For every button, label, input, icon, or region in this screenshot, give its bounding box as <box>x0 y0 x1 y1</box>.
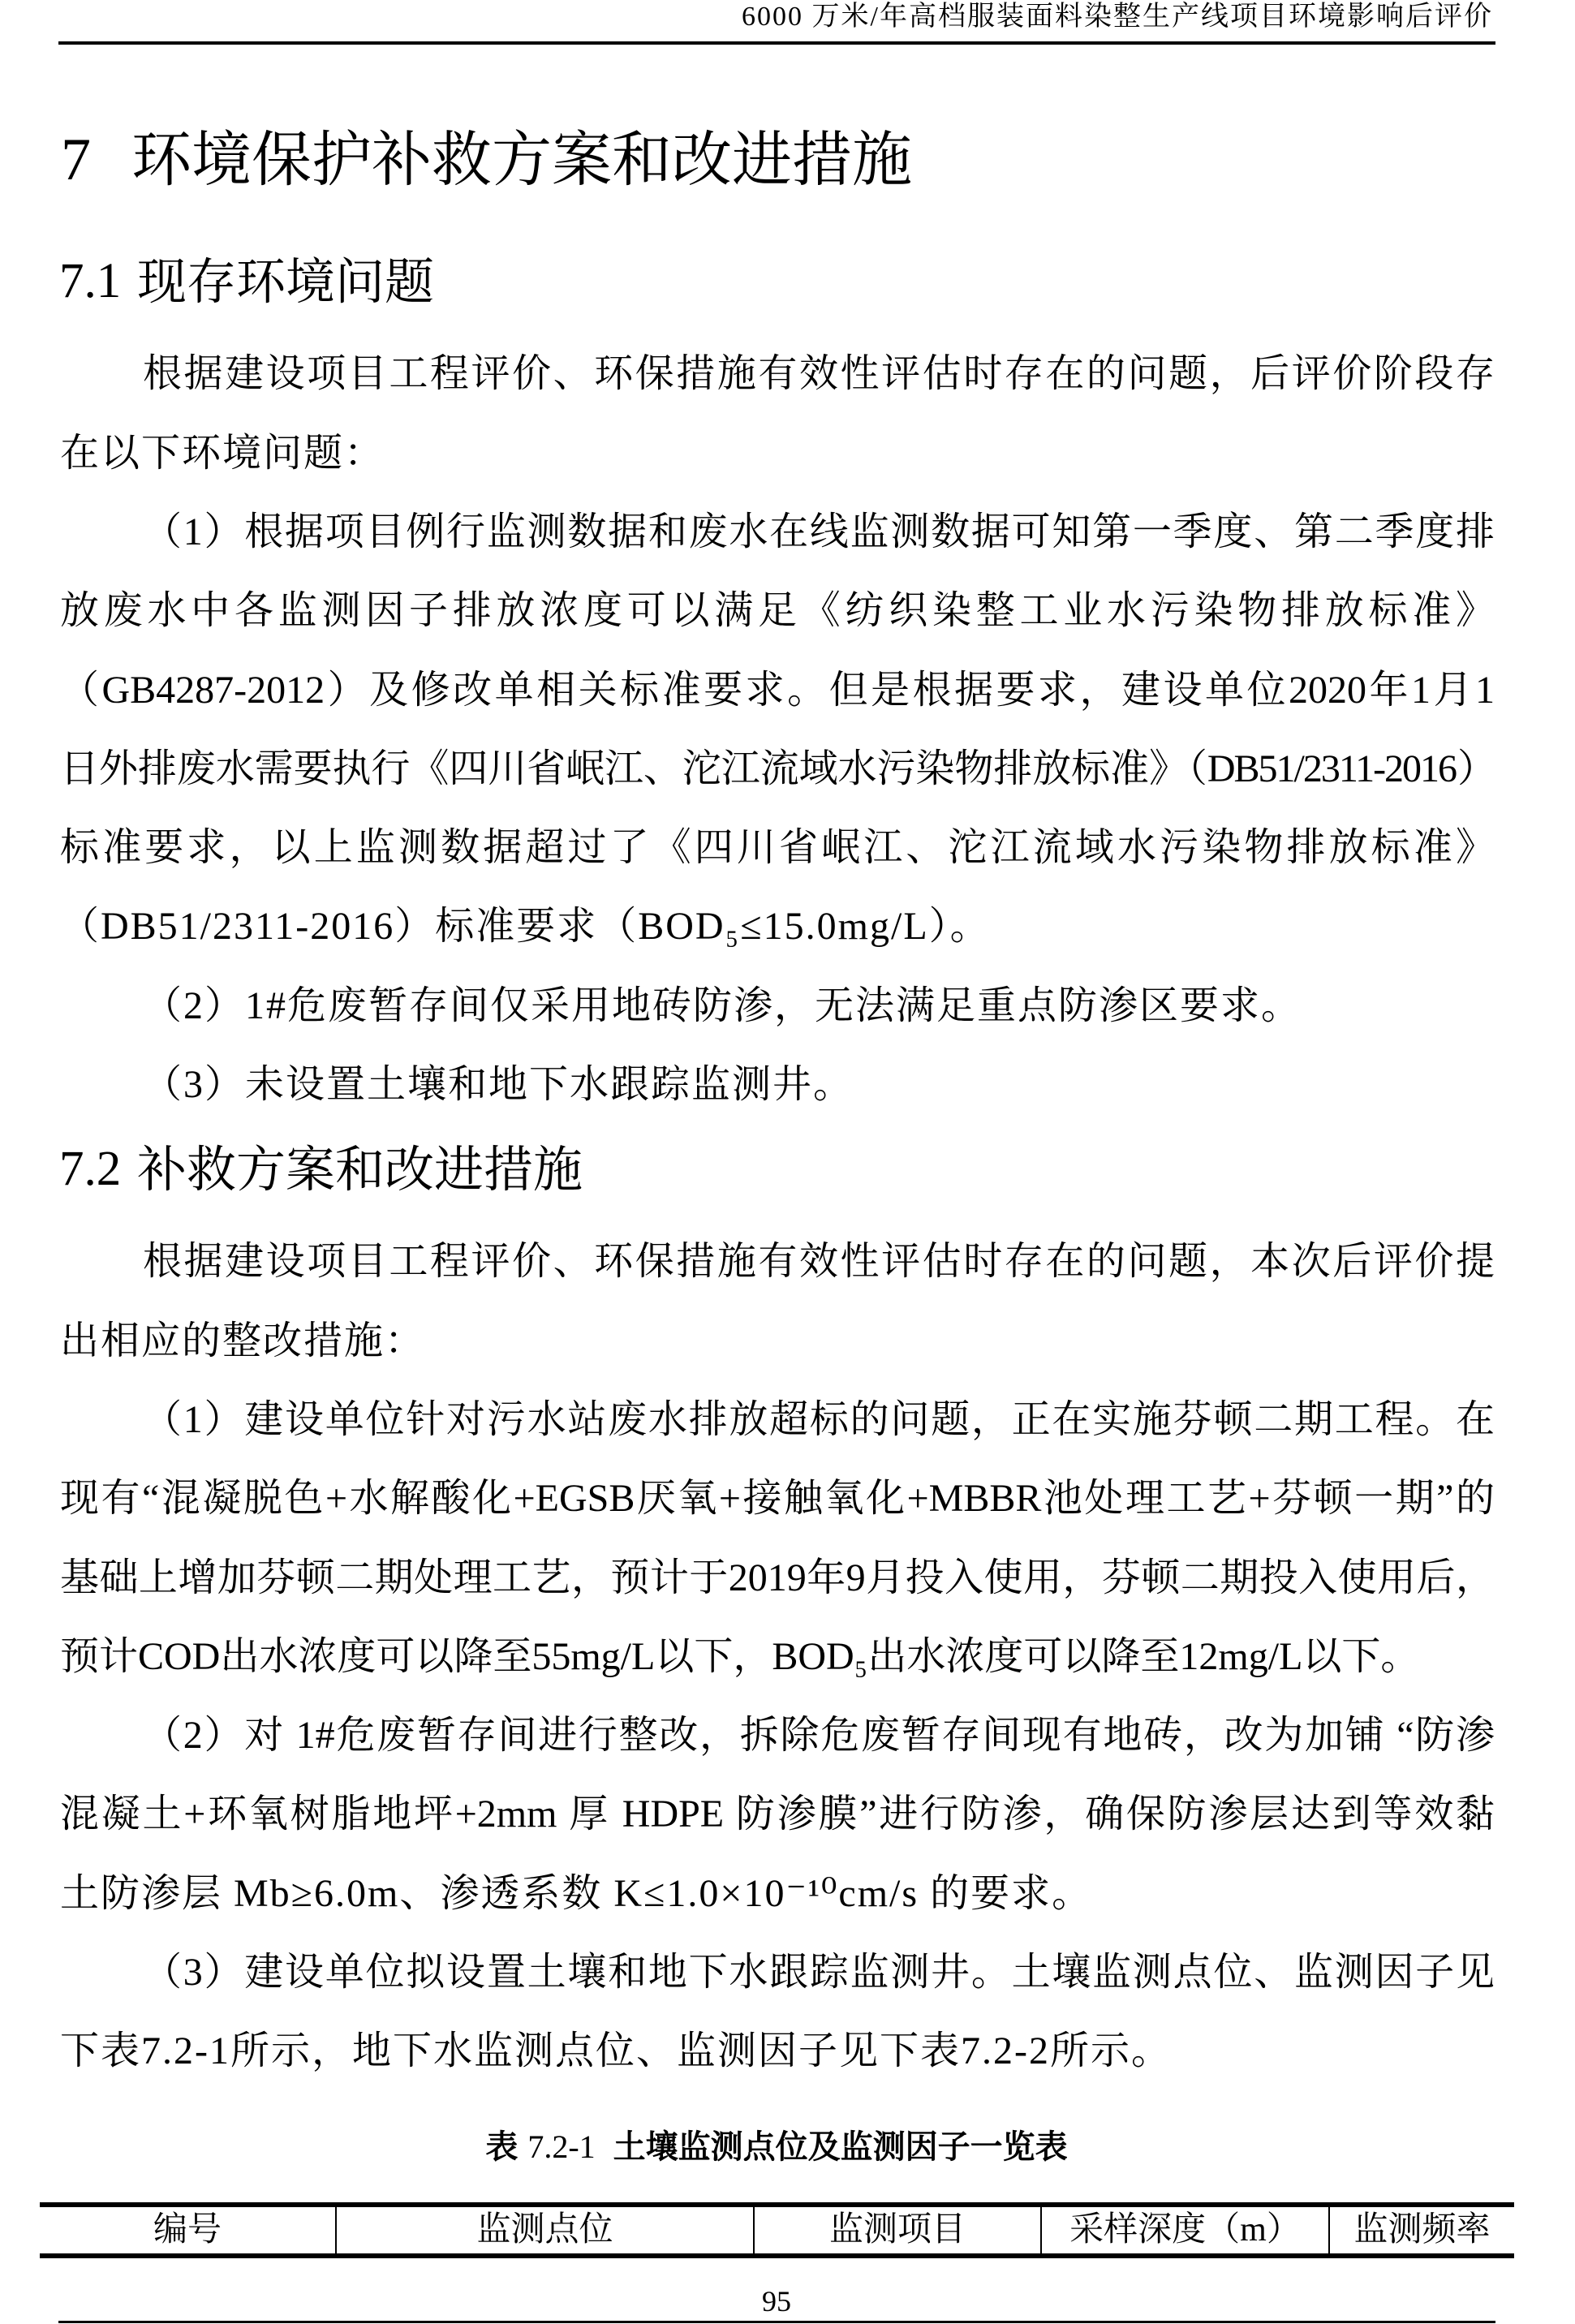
paragraph-line: （2）对 1#危废暂存间进行整改，拆除危废暂存间现有地砖，改为加铺 “防渗 <box>60 1696 1495 1775</box>
table-caption-prefix: 表 <box>485 2129 518 2165</box>
section-body: 根据建设项目工程评价、环保措施有效性评估时存在的问题，后评价阶段存 在以下环境问… <box>60 334 1495 1124</box>
column-header-frequency: 监测频率 <box>1328 2207 1514 2253</box>
column-header-id: 编号 <box>40 2207 335 2253</box>
table-header-row: 编号 监测点位 监测项目 采样深度（m） 监测频率 <box>40 2202 1514 2258</box>
paragraph-line: 根据建设项目工程评价、环保措施有效性评估时存在的问题，本次后评价提 <box>60 1222 1495 1301</box>
paragraph-line: 标准要求，以上监测数据超过了《四川省岷江、沱江流域水污染物排放标准》 <box>60 808 1495 887</box>
paragraph-line: （3）未设置土壤和地下水跟踪监测井。 <box>60 1045 1495 1124</box>
table-caption: 表7.2-1土壤监测点位及监测因子一览表 <box>0 2127 1553 2167</box>
table-caption-title: 土壤监测点位及监测因子一览表 <box>613 2129 1068 2165</box>
section-title: 补救方案和改进措施 <box>137 1138 583 1200</box>
header-rule <box>58 41 1495 45</box>
paragraph-line: （1）建设单位针对污水站废水排放超标的问题，正在实施芬顿二期工程。在 <box>60 1380 1495 1459</box>
paragraph-line: 出相应的整改措施： <box>60 1302 1495 1380</box>
paragraph-line: 根据建设项目工程评价、环保措施有效性评估时存在的问题，后评价阶段存 <box>60 334 1495 413</box>
paragraph-line: 现有“混凝脱色+水解酸化+EGSB厌氧+接触氧化+MBBR池处理工艺+芬顿一期”… <box>60 1459 1495 1538</box>
paragraph-line: 日外排废水需要执行《四川省岷江、沱江流域水污染物排放标准》（DB51/2311-… <box>60 729 1495 808</box>
paragraph-line: 混凝土+环氧树脂地坪+2mm 厚 HDPE 防渗膜”进行防渗，确保防渗层达到等效… <box>60 1775 1495 1853</box>
paragraph-line: 在以下环境问题： <box>60 414 1495 493</box>
paragraph-line: （DB51/2311-2016）标准要求（BOD₅≤15.0mg/L）。 <box>60 887 1495 966</box>
paragraph: （1）根据项目例行监测数据和废水在线监测数据可知第一季度、第二季度排 放废水中各… <box>60 493 1495 966</box>
paragraph-line: （1）根据项目例行监测数据和废水在线监测数据可知第一季度、第二季度排 <box>60 493 1495 571</box>
section-heading: 7.1 现存环境问题 <box>0 251 1575 312</box>
column-header-depth: 采样深度（m） <box>1040 2207 1328 2253</box>
page-number: 95 <box>695 2285 858 2318</box>
paragraph: （3）建设单位拟设置土壤和地下水跟踪监测井。土壤监测点位、监测因子见 下表7.2… <box>60 1933 1495 2091</box>
chapter-number: 7 <box>61 123 91 196</box>
section-number: 7.1 <box>59 251 121 312</box>
chapter-title: 环境保护补救方案和改进措施 <box>131 123 912 196</box>
paragraph-line: （GB4287-2012）及修改单相关标准要求。但是根据要求，建设单位2020年… <box>60 651 1495 729</box>
paragraph-line: 土防渗层 Mb≥6.0m、渗透系数 K≤1.0×10⁻¹⁰cm/s 的要求。 <box>60 1854 1495 1933</box>
section-body: 根据建设项目工程评价、环保措施有效性评估时存在的问题，本次后评价提 出相应的整改… <box>60 1222 1495 2090</box>
column-header-items: 监测项目 <box>753 2207 1040 2253</box>
paragraph-line: 下表7.2-1所示，地下水监测点位、监测因子见下表7.2-2所示。 <box>60 2012 1495 2090</box>
soil-monitoring-table: 编号 监测点位 监测项目 采样深度（m） 监测频率 <box>40 2202 1514 2258</box>
section-heading: 7.2 补救方案和改进措施 <box>0 1138 1575 1200</box>
document-page: 6000 万米/年高档服装面料染整生产线项目环境影响后评价 7 环境保护补救方案… <box>0 0 1575 2324</box>
paragraph: （2）1#危废暂存间仅采用地砖防渗，无法满足重点防渗区要求。 <box>60 966 1495 1045</box>
column-header-location: 监测点位 <box>335 2207 753 2253</box>
paragraph-line: （2）1#危废暂存间仅采用地砖防渗，无法满足重点防渗区要求。 <box>60 966 1495 1045</box>
paragraph: （3）未设置土壤和地下水跟踪监测井。 <box>60 1045 1495 1124</box>
section-title: 现存环境问题 <box>137 251 434 312</box>
running-header: 6000 万米/年高档服装面料染整生产线项目环境影响后评价 <box>742 1 1493 33</box>
paragraph-line: 放废水中各监测因子排放浓度可以满足《纺织染整工业水污染物排放标准》 <box>60 571 1495 650</box>
paragraph-line: 基础上增加芬顿二期处理工艺，预计于2019年9月投入使用，芬顿二期投入使用后， <box>60 1539 1495 1617</box>
paragraph-line: （3）建设单位拟设置土壤和地下水跟踪监测井。土壤监测点位、监测因子见 <box>60 1933 1495 2012</box>
paragraph: 根据建设项目工程评价、环保措施有效性评估时存在的问题，后评价阶段存 在以下环境问… <box>60 334 1495 493</box>
paragraph: 根据建设项目工程评价、环保措施有效性评估时存在的问题，本次后评价提 出相应的整改… <box>60 1222 1495 1380</box>
footer-rule <box>58 2321 1495 2323</box>
section-number: 7.2 <box>59 1138 121 1200</box>
paragraph: （2）对 1#危废暂存间进行整改，拆除危废暂存间现有地砖，改为加铺 “防渗 混凝… <box>60 1696 1495 1933</box>
paragraph-line: 预计COD出水浓度可以降至55mg/L以下，BOD₅出水浓度可以降至12mg/L… <box>60 1617 1495 1696</box>
chapter-heading: 7 环境保护补救方案和改进措施 <box>0 123 1575 196</box>
paragraph: （1）建设单位针对污水站废水排放超标的问题，正在实施芬顿二期工程。在 现有“混凝… <box>60 1380 1495 1696</box>
table-caption-number: 7.2-1 <box>527 2128 595 2165</box>
